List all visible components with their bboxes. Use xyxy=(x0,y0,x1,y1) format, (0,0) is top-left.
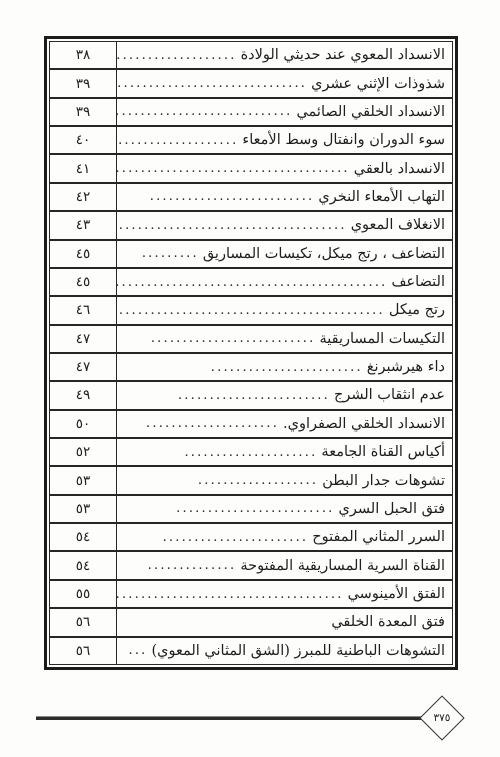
dot-leader: ..................... xyxy=(146,416,279,431)
entry-title-cell: رتج ميكل ...............................… xyxy=(117,297,452,323)
entry-title: الفتق الأمينوسي xyxy=(348,586,445,602)
entry-title: سوء الدوران وانفتال وسط الأمعاء xyxy=(242,132,445,148)
entry-page-number: ٤٧ xyxy=(76,359,91,375)
scanned-document-page: ٣٨ الانسداد المعوي عند حديثي الولادة ...… xyxy=(0,0,500,757)
entry-title-cell: الفتق الأمينوسي ........................… xyxy=(117,581,452,607)
dot-leader: ....................... xyxy=(163,530,309,545)
dot-leader: .............. xyxy=(148,558,237,573)
entry-title: فتق المعدة الخلقي xyxy=(331,614,445,630)
entry-title-cell: التهاب الأمعاء النخري ..................… xyxy=(117,184,452,210)
entry-title: تشوهات جدار البطن xyxy=(322,473,445,489)
table-row: ٤٧ داء هيرشبرنغ ........................ xyxy=(50,354,452,382)
page-number-cell: ٤٥ xyxy=(50,241,117,267)
entry-page-number: ٤٢ xyxy=(76,189,91,205)
page-number-cell: ٤١ xyxy=(50,155,117,181)
entry-title-cell: فتق المعدة الخلقي xyxy=(117,609,452,635)
entry-title-cell: الانغلاف المعوي ........................… xyxy=(117,212,452,238)
entry-page-number: ٥٥ xyxy=(76,586,91,602)
toc-table-body: ٣٨ الانسداد المعوي عند حديثي الولادة ...… xyxy=(49,41,453,665)
page-number-cell: ٥٦ xyxy=(50,609,117,635)
entry-page-number: ٥٣ xyxy=(76,501,91,517)
page-number: ٣٧٥ xyxy=(420,696,464,740)
entry-page-number: ٤٥ xyxy=(76,274,91,290)
table-row: ٥٣ تشوهات جدار البطن ................... xyxy=(50,467,452,495)
table-row: ٤٦ رتج ميكل ............................… xyxy=(50,297,452,325)
table-row: ٥٢ أكياس القناة الجامعة ................… xyxy=(50,439,452,467)
entry-title-cell: الانسداد الخلقي الصفراوي. ..............… xyxy=(117,411,452,437)
entry-page-number: ٥٦ xyxy=(76,614,91,630)
entry-title-cell: التضاعف ، رتج ميكل، تكيسات المساريق ....… xyxy=(117,241,452,267)
table-row: ٥٠ الانسداد الخلقي الصفراوي. ...........… xyxy=(50,411,452,439)
entry-title-cell: الانسداد الخلقي الصائمي ................… xyxy=(117,99,452,125)
toc-table: ٣٨ الانسداد المعوي عند حديثي الولادة ...… xyxy=(44,36,458,670)
entry-title: التضاعف xyxy=(392,274,445,290)
table-row: ٥٥ الفتق الأمينوسي .....................… xyxy=(50,581,452,609)
entry-title: شذوذات الإثني عشري xyxy=(311,76,445,92)
table-row: ٤٠ سوء الدوران وانفتال وسط الأمعاء .....… xyxy=(50,127,452,155)
page-number-cell: ٥٢ xyxy=(50,439,117,465)
page-number-cell: ٤٧ xyxy=(50,354,117,380)
entry-title-cell: فتق الحبل السري ........................… xyxy=(117,496,452,522)
page-number-cell: ٥٥ xyxy=(50,581,117,607)
entry-page-number: ٥٠ xyxy=(76,416,91,432)
entry-title-cell: التشوهات الباطنية للمبرز (الشق المثاني ا… xyxy=(117,638,452,664)
entry-title-cell: التكيسات المساريقية ....................… xyxy=(117,326,452,352)
entry-page-number: ٥٤ xyxy=(76,529,91,545)
dot-leader: ........................................… xyxy=(117,104,292,119)
entry-title: الانسداد الخلقي الصفراوي. xyxy=(283,416,445,432)
dot-leader: ......................... xyxy=(176,501,334,516)
entry-title-cell: الانسداد المعوي عند حديثي الولادة ......… xyxy=(117,42,452,68)
page-number-cell: ٣٩ xyxy=(50,70,117,96)
entry-page-number: ٣٩ xyxy=(76,76,91,92)
page-number-cell: ٤٦ xyxy=(50,297,117,323)
entry-page-number: ٤١ xyxy=(76,161,91,177)
entry-title: أكياس القناة الجامعة xyxy=(321,444,445,460)
table-row: ٣٨ الانسداد المعوي عند حديثي الولادة ...… xyxy=(50,42,452,70)
entry-title: التضاعف ، رتج ميكل، تكيسات المساريق xyxy=(203,246,445,262)
table-row: ٥٦ فتق المعدة الخلقي xyxy=(50,609,452,637)
page-number-cell: ٥٠ xyxy=(50,411,117,437)
entry-title: الانسداد بالعقي xyxy=(354,161,445,177)
entry-title-cell: داء هيرشبرنغ ........................ xyxy=(117,354,452,380)
dot-leader: ........................................… xyxy=(117,303,385,318)
entry-title: داء هيرشبرنغ xyxy=(367,359,445,375)
page-number-cell: ٤٠ xyxy=(50,127,117,153)
table-row: ٤٥ التضاعف ، رتج ميكل، تكيسات المساريق .… xyxy=(50,241,452,269)
dot-leader: .......................... xyxy=(150,189,315,204)
dot-leader: ........................................… xyxy=(117,275,388,290)
entry-page-number: ٤٧ xyxy=(76,331,91,347)
entry-title: التهاب الأمعاء النخري xyxy=(318,189,445,205)
entry-title: التكيسات المساريقية xyxy=(319,331,445,347)
entry-title: الانغلاف المعوي xyxy=(351,217,445,233)
page-number-cell: ٥٤ xyxy=(50,524,117,550)
table-row: ٥٦ التشوهات الباطنية للمبرز (الشق المثان… xyxy=(50,638,452,664)
page-number-cell: ٥٦ xyxy=(50,638,117,664)
table-row: ٥٤ القناة السرية المساريقية المفتوحة ...… xyxy=(50,552,452,580)
entry-title-cell: سوء الدوران وانفتال وسط الأمعاء ........… xyxy=(117,127,452,153)
table-row: ٥٣ فتق الحبل السري .....................… xyxy=(50,496,452,524)
table-row: ٤١ الانسداد بالعقي .....................… xyxy=(50,155,452,183)
entry-title-cell: عدم انثقاب الشرج .......................… xyxy=(117,382,452,408)
entry-title-cell: السرر المثاني المفتوح ..................… xyxy=(117,524,452,550)
entry-title-cell: شذوذات الإثني عشري .....................… xyxy=(117,70,452,96)
dot-leader: ........................................ xyxy=(117,133,238,148)
dot-leader: ........................ xyxy=(178,388,330,403)
page-number-cell: ٣٩ xyxy=(50,99,117,125)
page-number-cell: ٣٨ xyxy=(50,42,117,68)
table-row: ٤٢ التهاب الأمعاء النخري ...............… xyxy=(50,184,452,212)
entry-title: الانسداد الخلقي الصائمي xyxy=(296,104,445,120)
entry-title-cell: الانسداد بالعقي ........................… xyxy=(117,155,452,181)
dot-leader: ........................................… xyxy=(117,161,350,176)
table-row: ٣٩ الانسداد الخلقي الصائمي .............… xyxy=(50,99,452,127)
entry-page-number: ٤٥ xyxy=(76,246,91,262)
page-number-cell: ٤٩ xyxy=(50,382,117,408)
table-row: ٣٩ شذوذات الإثني عشري ..................… xyxy=(50,70,452,98)
dot-leader: ......... xyxy=(142,246,199,261)
page-number-cell: ٥٣ xyxy=(50,467,117,493)
page-number-cell: ٤٢ xyxy=(50,184,117,210)
page-number-cell: ٤٣ xyxy=(50,212,117,238)
page-number-cell: ٤٥ xyxy=(50,269,117,295)
entry-page-number: ٣٩ xyxy=(76,104,91,120)
dot-leader: ................... xyxy=(198,473,318,488)
entry-page-number: ٤٣ xyxy=(76,217,91,233)
dot-leader: ........................ xyxy=(211,360,363,375)
entry-page-number: ٥٦ xyxy=(76,643,91,659)
page-number-cell: ٥٣ xyxy=(50,496,117,522)
entry-title-cell: أكياس القناة الجامعة ...................… xyxy=(117,439,452,465)
table-row: ٤٧ التكيسات المساريقية .................… xyxy=(50,326,452,354)
entry-title: السرر المثاني المفتوح xyxy=(312,529,445,545)
page-number-cell: ٤٧ xyxy=(50,326,117,352)
table-row: ٤٣ الانغلاف المعوي .....................… xyxy=(50,212,452,240)
entry-title: القناة السرية المساريقية المفتوحة xyxy=(240,558,445,574)
entry-title-cell: القناة السرية المساريقية المفتوحة ......… xyxy=(117,552,452,578)
entry-title-cell: التضاعف ................................… xyxy=(117,269,452,295)
entry-title: فتق الحبل السري xyxy=(338,501,445,517)
dot-leader: ........................................… xyxy=(117,218,347,233)
entry-page-number: ٣٨ xyxy=(76,47,91,63)
entry-title-cell: تشوهات جدار البطن ................... xyxy=(117,467,452,493)
dot-leader: ... xyxy=(129,643,148,658)
entry-page-number: ٥٢ xyxy=(76,444,91,460)
table-row: ٥٤ السرر المثاني المفتوح ...............… xyxy=(50,524,452,552)
table-row: ٤٥ التضاعف .............................… xyxy=(50,269,452,297)
table-row: ٤٩ عدم انثقاب الشرج ....................… xyxy=(50,382,452,410)
dot-leader: ..................... xyxy=(184,445,317,460)
dot-leader: ........................................… xyxy=(117,76,307,91)
page-number-diamond: ٣٧٥ xyxy=(420,696,464,740)
entry-page-number: ٤٦ xyxy=(76,302,91,318)
footer-rule xyxy=(36,716,423,720)
entry-title: رتج ميكل xyxy=(389,302,445,318)
page-number-cell: ٥٤ xyxy=(50,552,117,578)
entry-title: التشوهات الباطنية للمبرز (الشق المثاني ا… xyxy=(152,643,446,659)
entry-title: عدم انثقاب الشرج xyxy=(334,387,445,403)
dot-leader: ........................................ xyxy=(117,48,237,63)
dot-leader: ........................................… xyxy=(117,587,344,602)
entry-title: الانسداد المعوي عند حديثي الولادة xyxy=(241,47,445,63)
entry-page-number: ٥٣ xyxy=(76,473,91,489)
entry-page-number: ٥٤ xyxy=(76,558,91,574)
entry-page-number: ٤٠ xyxy=(76,132,91,148)
dot-leader: .......................... xyxy=(151,331,316,346)
entry-page-number: ٤٩ xyxy=(76,387,91,403)
